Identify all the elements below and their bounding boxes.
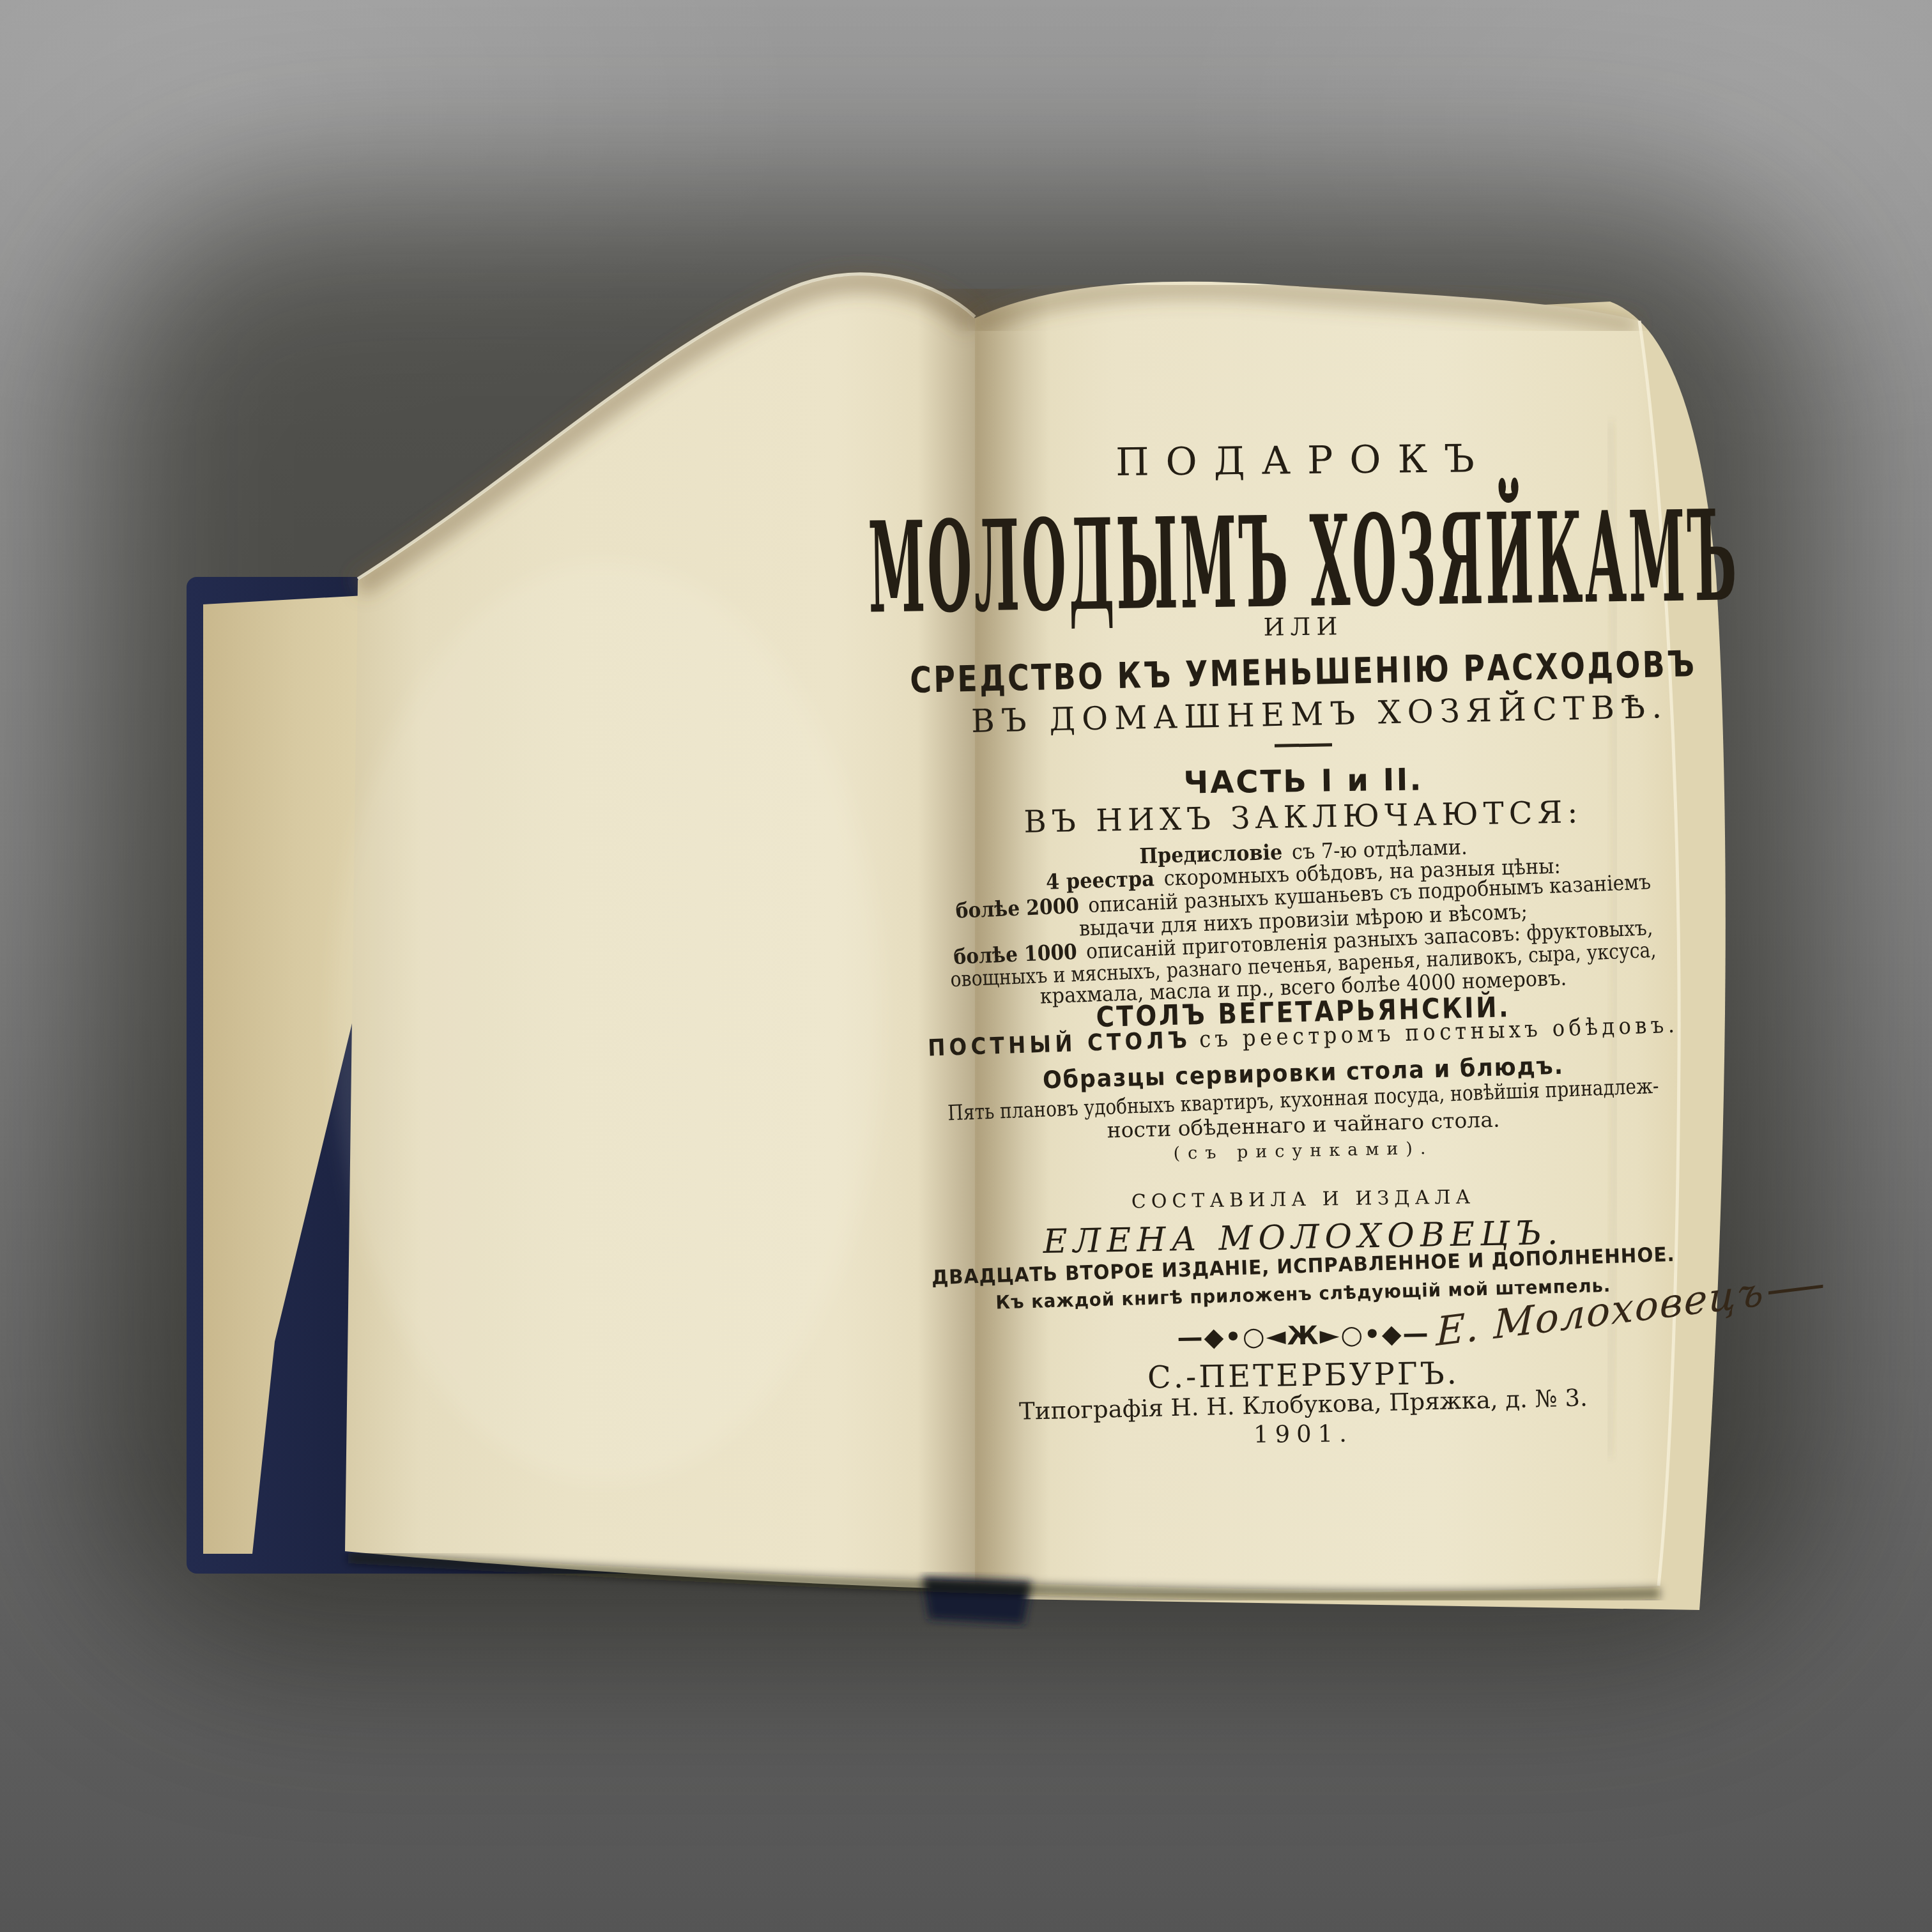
title-page-text: ПОДАРОКЪ МОЛОДЫМЪ ХОЗЯЙКАМЪ ИЛИ СРЕДСТВО… (971, 281, 1636, 1597)
compiled-by-line: СОСТАВИЛА И ИЗДАЛА (971, 1185, 1636, 1215)
divider-rule (1275, 743, 1332, 747)
half-title-line: ПОДАРОКЪ (971, 438, 1636, 485)
left-page-sheen (332, 562, 882, 1482)
book-photo-scene: ПОДАРОКЪ МОЛОДЫМЪ ХОЗЯЙКАМЪ ИЛИ СРЕДСТВО… (0, 0, 1932, 1932)
signature-flourish (1768, 1285, 1823, 1295)
main-title-line: МОЛОДЫМЪ ХОЗЯЙКАМЪ (970, 495, 1636, 613)
contents-heading-line: ВЪ НИХЪ ЗАКЛЮЧАЮТСЯ: (971, 795, 1636, 839)
